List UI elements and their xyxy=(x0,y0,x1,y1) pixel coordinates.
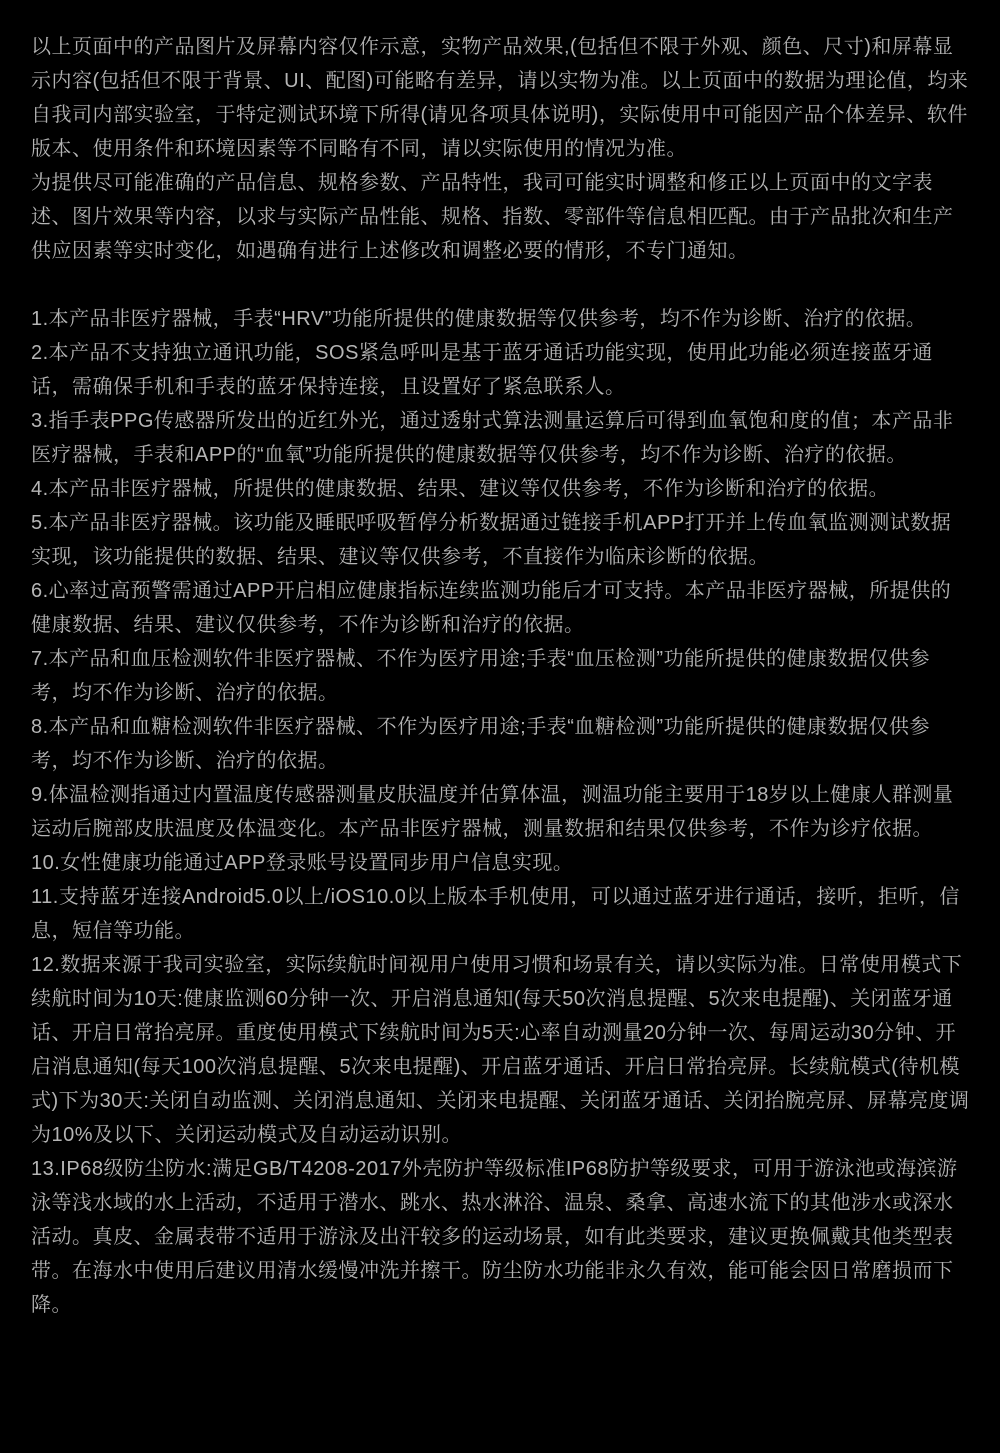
disclaimer-note-4: 4.本产品非医疗器械，所提供的健康数据、结果、建议等仅供参考，不作为诊断和治疗的… xyxy=(31,472,970,506)
disclaimer-note-7: 7.本产品和血压检测软件非医疗器械、不作为医疗用途;手表“血压检测”功能所提供的… xyxy=(31,642,970,710)
disclaimer-note-1: 1.本产品非医疗器械，手表“HRV”功能所提供的健康数据等仅供参考，均不作为诊断… xyxy=(31,302,970,336)
disclaimer-page: 以上页面中的产品图片及屏幕内容仅作示意，实物产品效果,(包括但不限于外观、颜色、… xyxy=(0,0,1000,1453)
disclaimer-note-12: 12.数据来源于我司实验室，实际续航时间视用户使用习惯和场景有关，请以实际为准。… xyxy=(31,948,970,1152)
disclaimer-note-3: 3.指手表PPG传感器所发出的近红外光，通过透射式算法测量运算后可得到血氧饱和度… xyxy=(31,404,970,472)
disclaimer-note-6: 6.心率过高预警需通过APP开启相应健康指标连续监测功能后才可支持。本产品非医疗… xyxy=(31,574,970,642)
disclaimer-intro-paragraph-2: 为提供尽可能准确的产品信息、规格参数、产品特性，我司可能实时调整和修正以上页面中… xyxy=(31,166,970,268)
disclaimer-note-2: 2.本产品不支持独立通讯功能，SOS紧急呼叫是基于蓝牙通话功能实现，使用此功能必… xyxy=(31,336,970,404)
disclaimer-note-9: 9.体温检测指通过内置温度传感器测量皮肤温度并估算体温，测温功能主要用于18岁以… xyxy=(31,778,970,846)
disclaimer-note-5: 5.本产品非医疗器械。该功能及睡眠呼吸暂停分析数据通过链接手机APP打开并上传血… xyxy=(31,506,970,574)
disclaimer-note-8: 8.本产品和血糖检测软件非医疗器械、不作为医疗用途;手表“血糖检测”功能所提供的… xyxy=(31,710,970,778)
disclaimer-note-13: 13.IP68级防尘防水:满足GB/T4208-2017外壳防护等级标准IP68… xyxy=(31,1152,970,1322)
disclaimer-note-10: 10.女性健康功能通过APP登录账号设置同步用户信息实现。 xyxy=(31,846,970,880)
disclaimer-intro-paragraph-1: 以上页面中的产品图片及屏幕内容仅作示意，实物产品效果,(包括但不限于外观、颜色、… xyxy=(31,30,970,166)
paragraph-spacer xyxy=(31,268,970,302)
disclaimer-text-block: 以上页面中的产品图片及屏幕内容仅作示意，实物产品效果,(包括但不限于外观、颜色、… xyxy=(31,30,970,1322)
disclaimer-note-11: 11.支持蓝牙连接Android5.0以上/iOS10.0以上版本手机使用，可以… xyxy=(31,880,970,948)
